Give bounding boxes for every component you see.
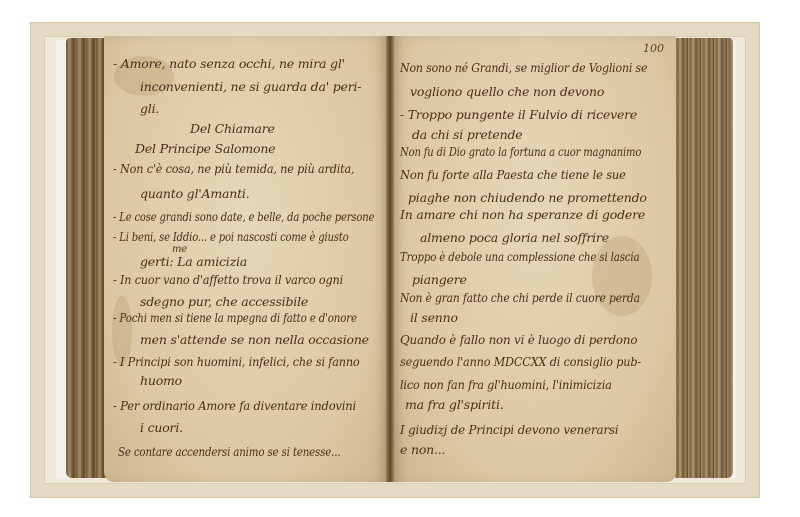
manuscript-line: il senno (410, 310, 458, 325)
manuscript-line: Non sono né Grandi, se miglior de Voglio… (400, 60, 647, 75)
manuscript-line: seguendo l'anno MDCCXX di consiglio pub- (400, 354, 641, 369)
manuscript-line: Quando è fallo non vi è luogo di perdono (400, 332, 637, 347)
manuscript-line: - Li beni, se Iddio... e poi nascosti co… (113, 229, 349, 244)
manuscript-line: In amare chi non ha speranze di godere (400, 207, 645, 222)
manuscript-line: piaghe non chiudendo ne promettendo (408, 190, 647, 205)
book-gutter (386, 36, 394, 482)
manuscript-line: - Troppo pungente il Fulvio di ricevere (400, 107, 637, 122)
manuscript-line: vogliono quello che non devono (410, 84, 604, 99)
manuscript-line: Se contare accendersi animo se si teness… (118, 444, 340, 459)
manuscript-line: - In cuor vano d'affetto trova il varco … (113, 272, 343, 287)
manuscript-line: gli. (140, 101, 159, 116)
manuscript-line: Troppo è debole una complessione che si … (400, 249, 639, 264)
manuscript-line: inconvenienti, ne si guarda da' peri- (140, 79, 361, 94)
manuscript-line: - Per ordinario Amore fa diventare indov… (113, 398, 356, 413)
manuscript-line: gerti: La amicizia (140, 254, 247, 269)
manuscript-line: - Amore, nato senza occhi, ne mira gl' (113, 56, 345, 71)
manuscript-line: e non... (400, 442, 445, 457)
manuscript-line: da chi si pretende (412, 127, 522, 142)
manuscript-line: - Pochi men si tiene la mpegna di fatto … (113, 310, 357, 325)
manuscript-line: - Non c'è cosa, ne più temida, ne più ar… (113, 161, 354, 176)
page-number: 100 (643, 42, 664, 55)
manuscript-line: I giudizj de Principi devono venerarsi (400, 422, 618, 437)
manuscript-line: - Le cose grandi sono date, e belle, da … (113, 209, 374, 224)
manuscript-line: ma fra gl'spiriti. (405, 397, 504, 412)
manuscript-line: Non è gran fatto che chi perde il cuore … (400, 290, 640, 305)
manuscript-line: huomo (140, 373, 182, 388)
manuscript-line: Non fu di Dio grato la fortuna a cuor ma… (400, 144, 641, 159)
manuscript-heading: Del Principe Salomone (135, 141, 275, 156)
manuscript-line: piangere (412, 272, 467, 287)
manuscript-line: Non fu forte alla Paesta che tiene le su… (400, 167, 626, 182)
manuscript-line: men s'attende se non nella occasione (140, 332, 369, 347)
manuscript-heading: Del Chiamare (190, 121, 275, 136)
manuscript-line: i cuori. (140, 420, 183, 435)
manuscript-line: almeno poca gloria nel soffrire (420, 230, 609, 245)
manuscript-line: sdegno pur, che accessibile (140, 294, 308, 309)
manuscript-line: quanto gl'Amanti. (140, 186, 250, 201)
manuscript-line: lico non fan fra gl'huomini, l'inimicizi… (400, 377, 612, 392)
right-page-edges (675, 38, 733, 478)
manuscript-line: - I Principi son huomini, infelici, che … (113, 354, 360, 369)
